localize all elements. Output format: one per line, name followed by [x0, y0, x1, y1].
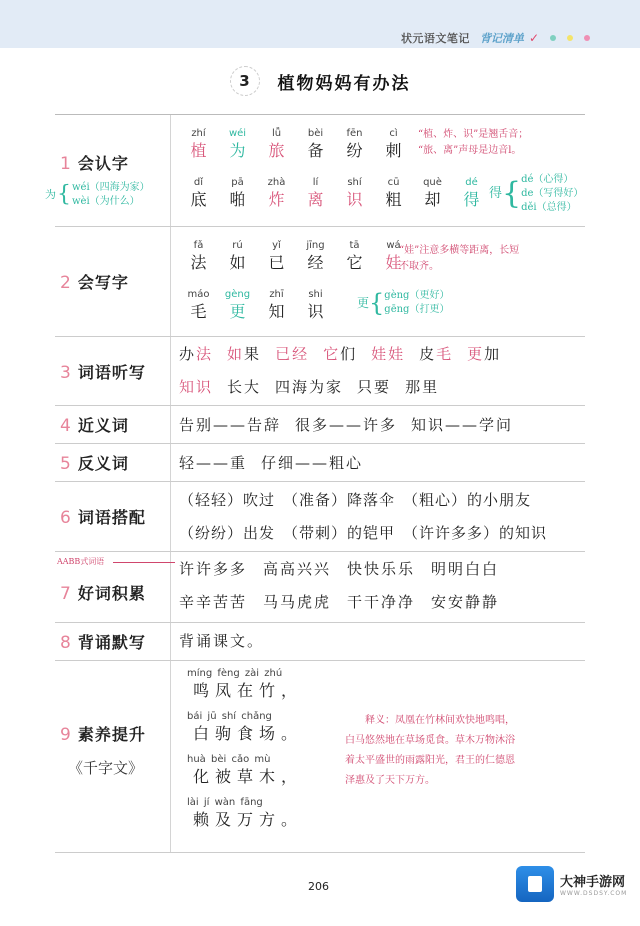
notes-table: 1 会认字 为 { wéi（四海为家） wèi（为什么） zhí植wéi为lǚ旅… [55, 114, 585, 853]
hanzi-with-pinyin: lǚ旅 [257, 127, 296, 162]
header-tag: 背记清单 [480, 30, 524, 46]
hanzi: 底 [190, 189, 206, 211]
section-label: 2 会写字 [60, 270, 170, 293]
hanzi: 如 [229, 252, 245, 274]
section-content: 告别——告辞很多——许多知识——学问 [171, 406, 585, 443]
hanzi-with-pinyin: yǐ已 [257, 239, 296, 274]
section-label-cell: AABB式词语 7 好词积累 [55, 552, 171, 622]
hanzi-with-pinyin: lí离 [296, 176, 335, 211]
section-number: 5 [60, 454, 72, 474]
word: 长大 [227, 378, 261, 396]
section-content: 办法如果已经它们娃娃皮毛更加 知识长大四海为家只要那里 [171, 337, 585, 405]
explain-label: 释义： [365, 715, 395, 726]
section-number: 9 [60, 725, 72, 745]
hanzi-with-pinyin: zhī知 [257, 288, 296, 323]
section-label: 3 词语听写 [60, 360, 170, 383]
hanzi: 旅 [268, 140, 284, 162]
check-icon: ✓ [529, 31, 539, 45]
wei-char: 为 [45, 188, 56, 202]
section-title: 素养提升 [78, 722, 146, 745]
geng-reading-2: gēng（打更） [384, 303, 449, 317]
de-polyphone-note: 得 { dé（心得） de（写得好） děi（总得） [489, 173, 583, 215]
section-title: 好词积累 [78, 581, 146, 604]
word-line-2: （纷纷）出发（带刺）的铠甲（许许多多）的知识 [179, 517, 571, 550]
section-1: 1 会认字 为 { wéi（四海为家） wèi（为什么） zhí植wéi为lǚ旅… [55, 115, 585, 227]
hanzi: 纷 [346, 140, 362, 162]
section-label: 4 近义词 [60, 413, 170, 436]
section-label-cell: 4 近义词 [55, 406, 171, 443]
section-label: 5 反义词 [60, 451, 170, 474]
pinyin: cū [388, 176, 400, 189]
watermark-url: WWW.DSDSY.COM [560, 890, 627, 897]
dot-icon-teal [550, 35, 556, 41]
section-5: 5 反义词 轻——重仔细——粗心 [55, 444, 585, 482]
word: （许许多多）的知识 [403, 524, 547, 542]
word: 明明白白 [431, 560, 499, 578]
hanzi: 得 [463, 189, 479, 211]
section-label-cell: 8 背诵默写 [55, 623, 171, 660]
hanzi-with-pinyin: què却 [413, 176, 452, 211]
lesson-header: 3 植物妈妈有办法 [0, 66, 640, 96]
wei-reading-1: wéi（四海为家） [72, 181, 150, 195]
word: 高高兴兴 [263, 560, 331, 578]
word-line-2: 知识长大四海为家只要那里 [179, 371, 571, 404]
section-label-cell: 1 会认字 为 { wéi（四海为家） wèi（为什么） [55, 115, 171, 226]
section-content: fǎ法rú如yǐ已jīng经tā它wá娃 máo毛gèng更zhī知shi识 “… [171, 227, 585, 336]
pinyin: pā [231, 176, 243, 189]
hanzi: 炸 [268, 189, 284, 211]
word: 仔细——粗心 [261, 454, 363, 472]
section-7: AABB式词语 7 好词积累 许许多多高高兴兴快快乐乐明明白白 辛辛苦苦马马虎虎… [55, 552, 585, 623]
word: 更加 [467, 345, 501, 363]
hanzi: 备 [307, 140, 323, 162]
word-line-1: 许许多多高高兴兴快快乐乐明明白白 [179, 553, 571, 586]
section-label-cell: 3 词语听写 [55, 337, 171, 405]
watermark-logo-icon [516, 866, 554, 902]
hanzi: 啪 [229, 189, 245, 211]
section-6: 6 词语搭配 （轻轻）吹过（准备）降落伞（粗心）的小朋友 （纷纷）出发（带刺）的… [55, 482, 585, 552]
hanzi: 却 [424, 189, 440, 211]
hanzi: 离 [307, 189, 323, 211]
word: （粗心）的小朋友 [403, 491, 531, 509]
pinyin: lǚ [272, 127, 281, 140]
header-info: 状元语文笔记 背记清单 ✓ [401, 30, 590, 46]
hanzi-with-pinyin: zhà炸 [257, 176, 296, 211]
hanzi: 为 [229, 140, 245, 162]
lesson-title: 植物妈妈有办法 [278, 69, 411, 94]
hanzi-with-pinyin: fēn纷 [335, 127, 374, 162]
word: 快快乐乐 [347, 560, 415, 578]
recite-text: 背诵课文。 [179, 632, 264, 650]
poem-explanation: 释义：凤凰在竹林间欢快地鸣唱， 白马悠然地在草场觅食。草木万物沐浴 着太平盛世的… [345, 711, 583, 791]
hanzi: 识 [307, 301, 323, 323]
section-3: 3 词语听写 办法如果已经它们娃娃皮毛更加 知识长大四海为家只要那里 [55, 337, 585, 406]
note-connector [113, 562, 175, 563]
word: （轻轻）吹过 [179, 491, 275, 509]
section-number: 8 [60, 633, 72, 653]
hanzi-with-pinyin: bèi备 [296, 127, 335, 162]
section-9: 9 素养提升 《千字文》 míng fèng zài zhú鸣凤在竹，bái j… [55, 661, 585, 853]
pinyin: dǐ [194, 176, 203, 189]
hanzi: 更 [229, 301, 245, 323]
section-label-cell: 6 词语搭配 [55, 482, 171, 551]
word: 干干净净 [347, 593, 415, 611]
word: （带刺）的铠甲 [283, 524, 395, 542]
section-title: 近义词 [78, 413, 129, 436]
word-line-1: （轻轻）吹过（准备）降落伞（粗心）的小朋友 [179, 484, 571, 517]
section-content: 许许多多高高兴兴快快乐乐明明白白 辛辛苦苦马马虎虎干干净净安安静静 [171, 552, 585, 622]
word: 只要 [357, 378, 391, 396]
word: 轻——重 [179, 454, 247, 472]
section-content: zhí植wéi为lǚ旅bèi备fēn纷cì刺 dǐ底pā啪zhà炸lí离shí识… [171, 115, 585, 226]
word: 辛辛苦苦 [179, 593, 247, 611]
page-number: 206 [308, 880, 329, 893]
watermark-title: 大神手游网 [560, 871, 627, 890]
section-content: （轻轻）吹过（准备）降落伞（粗心）的小朋友 （纷纷）出发（带刺）的铠甲（许许多多… [171, 482, 585, 551]
section-number: 3 [60, 363, 72, 383]
hanzi: 刺 [385, 140, 401, 162]
hanzi: 已 [268, 252, 284, 274]
hanzi-with-pinyin: pā啪 [218, 176, 257, 211]
section-label: 1 会认字 [60, 151, 170, 174]
hanzi-with-pinyin: tā它 [335, 239, 374, 274]
word: 它们 [323, 345, 357, 363]
section-title: 会认字 [78, 151, 129, 174]
watermark: 大神手游网 WWW.DSDSY.COM [516, 866, 627, 902]
hanzi: 经 [307, 252, 323, 274]
section-title: 会写字 [78, 270, 129, 293]
word: 知识——学问 [411, 416, 513, 434]
word: 办法 [179, 345, 213, 363]
pinyin: zhí [191, 127, 205, 140]
pinyin: gèng [225, 288, 250, 301]
pinyin: fēn [346, 127, 362, 140]
lesson-number: 3 [230, 66, 260, 96]
pinyin: yǐ [272, 239, 281, 252]
book-title: 状元语文笔记 [401, 30, 470, 46]
de-char: 得 [489, 187, 502, 201]
word: 如果 [227, 345, 261, 363]
pinyin: zhī [269, 288, 283, 301]
geng-polyphone-note: 更 { gèng（更好） gēng（打更） [357, 289, 449, 317]
section-8: 8 背诵默写 背诵课文。 [55, 623, 585, 661]
pinyin: lí [313, 176, 319, 189]
word: （纷纷）出发 [179, 524, 275, 542]
section-label-cell: 5 反义词 [55, 444, 171, 481]
wei-reading-2: wèi（为什么） [72, 195, 150, 209]
section-number: 2 [60, 273, 72, 293]
aabb-note: AABB式词语 [57, 554, 104, 570]
hanzi-with-pinyin: gèng更 [218, 288, 257, 323]
section-title: 反义词 [78, 451, 129, 474]
section-label-cell: 2 会写字 [55, 227, 171, 336]
pinyin: wéi [229, 127, 246, 140]
section-number: 1 [60, 154, 72, 174]
brace-icon: { [502, 179, 521, 209]
de-reading-3: děi（总得） [521, 201, 583, 215]
hanzi: 识 [346, 189, 362, 211]
word: 皮毛 [419, 345, 453, 363]
hanzi-with-pinyin: shi识 [296, 288, 335, 323]
word-line-2: 辛辛苦苦马马虎虎干干净净安安静静 [179, 586, 571, 619]
word: 很多——许多 [295, 416, 397, 434]
geng-reading-1: gèng（更好） [384, 289, 449, 303]
word: 知识 [179, 378, 213, 396]
brace-icon: { [57, 184, 71, 206]
word: 四海为家 [275, 378, 343, 396]
word: 马马虎虎 [263, 593, 331, 611]
hanzi-with-pinyin: zhí植 [179, 127, 218, 162]
section-label: 9 素养提升 [60, 722, 146, 745]
hanzi: 知 [268, 301, 284, 323]
pinyin: bèi [308, 127, 323, 140]
word: 告别——告辞 [179, 416, 281, 434]
word: （准备）降落伞 [283, 491, 395, 509]
hanzi: 法 [190, 252, 206, 274]
pronunciation-note: “植、炸、识”是翘舌音； “旅、离”声母是边音l。 [418, 127, 528, 159]
hanzi-with-pinyin: fǎ法 [179, 239, 218, 274]
hanzi-with-pinyin: jīng经 [296, 239, 335, 274]
word: 娃娃 [371, 345, 405, 363]
section-label: 7 好词积累 [60, 581, 170, 604]
hanzi-with-pinyin: cì刺 [374, 127, 413, 162]
word: 安安静静 [431, 593, 499, 611]
pinyin: què [423, 176, 442, 189]
dot-icon-yellow [567, 35, 573, 41]
hanzi-with-pinyin: máo毛 [179, 288, 218, 323]
pinyin: fǎ [194, 239, 204, 252]
hanzi-with-pinyin: dǐ底 [179, 176, 218, 211]
section-content: 背诵课文。 [171, 623, 585, 660]
pinyin: máo [188, 288, 210, 301]
writing-note: “娃”注意多横等距离，长短 不取齐。 [399, 243, 569, 275]
section-title: 词语听写 [78, 360, 146, 383]
hanzi-with-pinyin: rú如 [218, 239, 257, 274]
de-reading-1: dé（心得） [521, 173, 583, 187]
wei-polyphone-note: 为 { wéi（四海为家） wèi（为什么） [45, 181, 150, 209]
hanzi-with-pinyin: shí识 [335, 176, 374, 211]
section-label: 6 词语搭配 [60, 505, 170, 528]
hanzi: 毛 [190, 301, 206, 323]
hanzi-with-pinyin: cū粗 [374, 176, 413, 211]
geng-char: 更 [357, 296, 369, 310]
pinyin: dé [465, 176, 478, 189]
pinyin: zhà [268, 176, 286, 189]
section-number: 7 [60, 584, 72, 604]
section-label-cell: 9 素养提升 《千字文》 [55, 661, 171, 852]
hanzi: 它 [346, 252, 362, 274]
hanzi-with-pinyin: wéi为 [218, 127, 257, 162]
section-title: 背诵默写 [78, 630, 146, 653]
word: 许许多多 [179, 560, 247, 578]
de-reading-2: de（写得好） [521, 187, 583, 201]
hanzi: 粗 [385, 189, 401, 211]
section-content: 轻——重仔细——粗心 [171, 444, 585, 481]
pinyin: shi [308, 288, 322, 301]
pinyin: shí [347, 176, 361, 189]
word: 那里 [405, 378, 439, 396]
word: 已经 [275, 345, 309, 363]
section-title: 词语搭配 [78, 505, 146, 528]
poem-line: lài jí wàn fāng赖及万方。 [187, 796, 585, 831]
poem-line: míng fèng zài zhú鸣凤在竹， [187, 667, 585, 702]
section-4: 4 近义词 告别——告辞很多——许多知识——学问 [55, 406, 585, 444]
source-title: 《千字文》 [68, 757, 143, 778]
brace-icon: { [369, 291, 384, 315]
section-number: 4 [60, 416, 72, 436]
pinyin: jīng [306, 239, 324, 252]
section-label: 8 背诵默写 [60, 630, 170, 653]
section-2: 2 会写字 fǎ法rú如yǐ已jīng经tā它wá娃 máo毛gèng更zhī知… [55, 227, 585, 337]
word-line-1: 办法如果已经它们娃娃皮毛更加 [179, 338, 571, 371]
section-number: 6 [60, 508, 72, 528]
hanzi: 植 [190, 140, 206, 162]
pinyin: rú [232, 239, 242, 252]
hanzi-with-pinyin: dé得 [452, 176, 491, 211]
pinyin: cì [389, 127, 397, 140]
dot-icon-pink [584, 35, 590, 41]
pinyin: tā [349, 239, 359, 252]
